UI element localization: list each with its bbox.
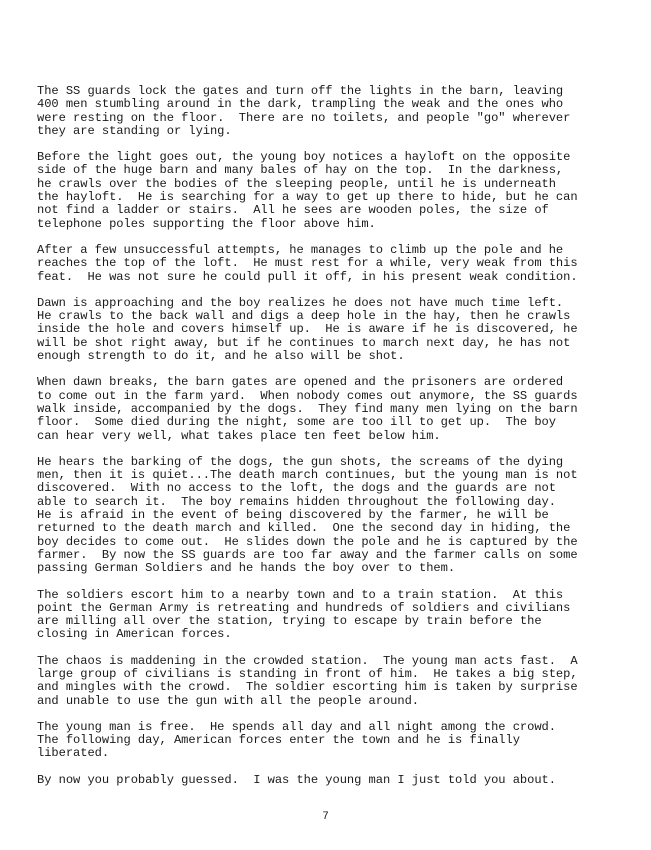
document-body: The SS guards lock the gates and turn of… <box>37 85 637 800</box>
text-line: After a few unsuccessful attempts, he ma… <box>37 244 637 257</box>
text-line: He is afraid in the event of being disco… <box>37 509 637 522</box>
paragraph: He hears the barking of the dogs, the gu… <box>37 456 637 576</box>
text-line: they are standing or lying. <box>37 125 637 138</box>
paragraph: The young man is free. He spends all day… <box>37 721 637 761</box>
text-line: The chaos is maddening in the crowded st… <box>37 655 637 668</box>
text-line: 400 men stumbling around in the dark, tr… <box>37 98 637 111</box>
text-line: When dawn breaks, the barn gates are ope… <box>37 376 637 389</box>
paragraph: The soldiers escort him to a nearby town… <box>37 589 637 642</box>
page-number: 7 <box>0 811 651 823</box>
text-line: the hayloft. He is searching for a way t… <box>37 191 637 204</box>
text-line: The SS guards lock the gates and turn of… <box>37 85 637 98</box>
text-line: Dawn is approaching and the boy realizes… <box>37 297 637 310</box>
text-line: He crawls to the back wall and digs a de… <box>37 310 637 323</box>
text-line: he crawls over the bodies of the sleepin… <box>37 178 637 191</box>
text-line: discovered. With no access to the loft, … <box>37 482 637 495</box>
text-line: and unable to use the gun with all the p… <box>37 695 637 708</box>
text-line: point the German Army is retreating and … <box>37 602 637 615</box>
text-line: The young man is free. He spends all day… <box>37 721 637 734</box>
text-line: returned to the death march and killed. … <box>37 522 637 535</box>
text-line: By now you probably guessed. I was the y… <box>37 774 637 787</box>
text-line: large group of civilians is standing in … <box>37 668 637 681</box>
text-line: are milling all over the station, trying… <box>37 615 637 628</box>
text-line: not find a ladder or stairs. All he sees… <box>37 204 637 217</box>
text-line: reaches the top of the loft. He must res… <box>37 257 637 270</box>
text-line: passing German Soldiers and he hands the… <box>37 562 637 575</box>
text-line: inside the hole and covers himself up. H… <box>37 323 637 336</box>
text-line: boy decides to come out. He slides down … <box>37 536 637 549</box>
text-line: were resting on the floor. There are no … <box>37 112 637 125</box>
paragraph: After a few unsuccessful attempts, he ma… <box>37 244 637 284</box>
text-line: men, then it is quiet...The death march … <box>37 469 637 482</box>
paragraph: Before the light goes out, the young boy… <box>37 151 637 231</box>
text-line: farmer. By now the SS guards are too far… <box>37 549 637 562</box>
text-line: Before the light goes out, the young boy… <box>37 151 637 164</box>
paragraph: When dawn breaks, the barn gates are ope… <box>37 376 637 442</box>
text-line: The following day, American forces enter… <box>37 734 637 747</box>
text-line: will be shot right away, but if he conti… <box>37 337 637 350</box>
paragraph: The chaos is maddening in the crowded st… <box>37 655 637 708</box>
text-line: can hear very well, what takes place ten… <box>37 430 637 443</box>
text-line: liberated. <box>37 747 637 760</box>
text-line: floor. Some died during the night, some … <box>37 416 637 429</box>
text-line: He hears the barking of the dogs, the gu… <box>37 456 637 469</box>
text-line: walk inside, accompanied by the dogs. Th… <box>37 403 637 416</box>
text-line: and mingles with the crowd. The soldier … <box>37 681 637 694</box>
text-line: closing in American forces. <box>37 628 637 641</box>
text-line: side of the huge barn and many bales of … <box>37 164 637 177</box>
paragraph: By now you probably guessed. I was the y… <box>37 774 637 787</box>
text-line: feat. He was not sure he could pull it o… <box>37 271 637 284</box>
paragraph: Dawn is approaching and the boy realizes… <box>37 297 637 363</box>
text-line: telephone poles supporting the floor abo… <box>37 218 637 231</box>
text-line: to come out in the farm yard. When nobod… <box>37 390 637 403</box>
text-line: The soldiers escort him to a nearby town… <box>37 589 637 602</box>
text-line: enough strength to do it, and he also wi… <box>37 350 637 363</box>
text-line: able to search it. The boy remains hidde… <box>37 496 637 509</box>
paragraph: The SS guards lock the gates and turn of… <box>37 85 637 138</box>
